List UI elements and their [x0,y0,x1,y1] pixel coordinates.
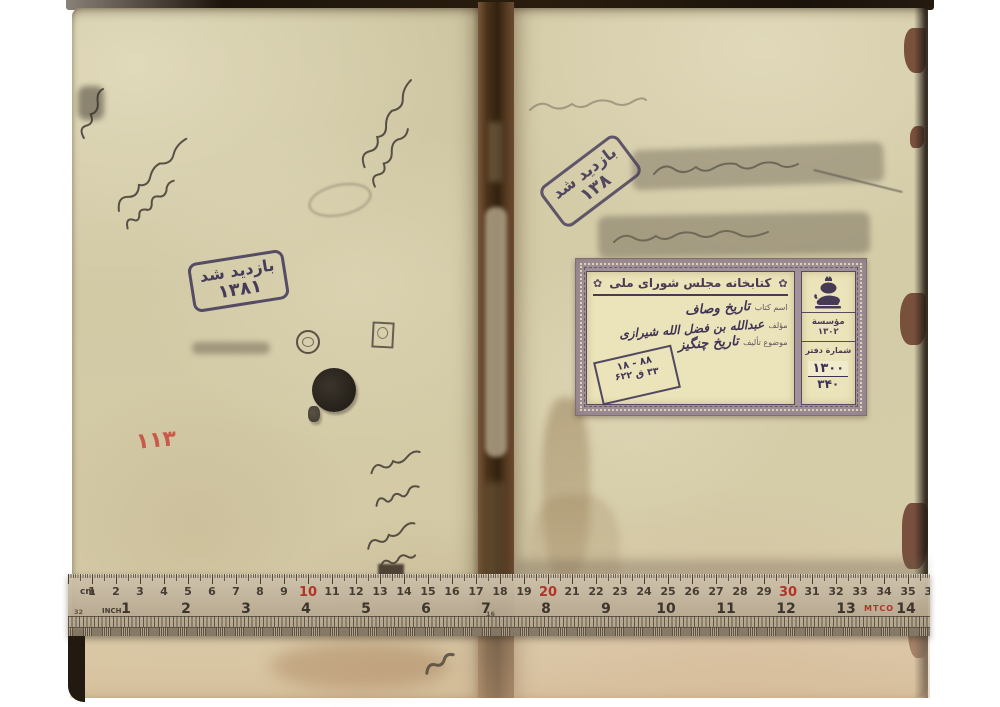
label-title-row: ✿ کتابخانه مجلس شورای ملی ✿ [593,275,788,296]
ruler-inch-number: 1 [121,601,131,617]
handwritten-annotation [612,228,772,252]
ruler-cm-number: 17 [468,585,483,598]
ruler-cm-number: 8 [256,585,264,598]
label-founded: مؤسسة ۱۳۰۲ [802,312,855,342]
ruler-cm-number: 16 [444,585,459,598]
ruler-inch-number: 4 [301,601,311,617]
ruler-cm-number: 12 [348,585,363,598]
label-side-column: مؤسسة ۱۳۰۲ شمارة دفتر ۱۳۰۰ ۳۴۰ [801,271,856,405]
rosette-ornament-icon: ✿ [778,277,787,290]
ruler-inch-number: 13 [836,601,855,617]
seal-doodle [296,330,320,354]
ruler-cm-number: 4 [160,585,168,598]
accession-stamp-box: ۸۸ - ۱۸ ۳۳ ق ۶۲۲ [593,345,681,406]
ruler-cm-number: 13 [372,585,387,598]
ruler-cm-number: 31 [804,585,819,598]
ruler-inch-number: 5 [361,601,371,617]
field-value-handwritten: تاریخ وصاف [685,299,751,319]
ruler-cm-number: 33 [852,585,867,598]
ruler: cm INCH 32 16 MTCO 123456789101112131415… [68,574,930,636]
library-catalog-label: ✿ کتابخانه مجلس شورای ملی ✿ اسم کتاب تار… [575,258,867,416]
manuscript-scan: بازدید شد ۱۳۸۱ ۱۱۳ بازدید شد ۱۳۸ [0,0,1000,707]
ruler-thirtysecond-ticks [68,627,930,636]
ruler-inch-number: 2 [181,601,191,617]
ruler-cm-number: 1 [88,585,96,598]
ruler-inch-number: 12 [776,601,795,617]
ruler-inch-number: 6 [421,601,431,617]
ruler-cm-number: 26 [684,585,699,598]
ruler-cm-number: 29 [756,585,771,598]
ruler-cm-number: 11 [324,585,339,598]
ruler-cm-number: 3 [136,585,144,598]
field-label: موضوع تألیف [743,338,787,347]
ruler-cm-number: 7 [232,585,240,598]
ruler-cm-number: 10 [299,585,317,600]
ruler-cm-number: 36 [924,585,930,598]
ruler-inch-number: 9 [601,601,611,617]
ruler-cm-number: 24 [636,585,651,598]
ruler-inch-number: 11 [716,601,735,617]
field-value-handwritten: تاریخ چنگیز [678,334,740,353]
ruler-cm-number: 30 [779,585,797,600]
ruler-brand: MTCO [864,604,894,613]
ruler-sixteenth-ticks [68,616,930,627]
handwritten-annotation [652,158,802,182]
ruler-cm-number: 23 [612,585,627,598]
field-label: مؤلف [768,321,787,330]
ruler-cm-number: 20 [539,585,557,600]
ruler-cm-number: 9 [280,585,288,598]
ruler-cm-number: 27 [708,585,723,598]
handwritten-annotation [528,96,648,118]
cover-corner [68,630,85,702]
spine-worn-patch [488,122,502,182]
label-field-book-name: اسم کتاب تاریخ وصاف [593,299,788,314]
ruler-cm-number: 32 [828,585,843,598]
ruler-cm-number: 21 [564,585,579,598]
register-number-label: شمارة دفتر [802,342,855,357]
ruler-cm-number: 34 [876,585,891,598]
ruler-cm-number: 14 [396,585,411,598]
spine-worn-patch [485,207,507,457]
lion-and-sun-emblem-icon [811,275,845,311]
inspection-stamp-left: بازدید شد ۱۳۸۱ [187,249,291,314]
red-page-number: ۱۱۳ [135,426,177,454]
rosette-ornament-icon: ✿ [593,277,602,290]
ruler-cm-number: 6 [208,585,216,598]
field-label: اسم کتاب [755,303,788,312]
ruler-cm-ticks [68,574,930,584]
ink-blot-tail [308,406,320,422]
ink-blot-seal [312,368,356,412]
faded-oval-seal [305,178,374,223]
ruler-cm-number: 22 [588,585,603,598]
handwritten-annotation [370,476,429,512]
ruler-inch-number: 3 [241,601,251,617]
ruler-cm-number: 28 [732,585,747,598]
register-number-top: ۱۳۰۰ [808,361,848,377]
square-doodle [371,321,394,348]
label-field-author: مؤلف عبدالله بن فضل الله شیرازی [593,317,788,331]
ruler-cm-number: 19 [516,585,531,598]
ruler-cm-number: 2 [112,585,120,598]
ink-smear [192,342,270,354]
ruler-cm-number: 35 [900,585,915,598]
library-title: کتابخانه مجلس شورای ملی [609,276,771,290]
ruler-inch-number: 14 [896,601,915,617]
ruler-inch-number: 8 [541,601,551,617]
page-bottom-band [70,636,930,698]
ruler-cm-number: 5 [184,585,192,598]
register-number-bottom: ۳۴۰ [802,377,855,391]
ruler-cm-number: 18 [492,585,507,598]
ruler-inch-number: 10 [656,601,675,617]
ruler-small-mark: 32 [74,608,83,616]
label-main-card: ✿ کتابخانه مجلس شورای ملی ✿ اسم کتاب تار… [586,271,795,405]
ruler-inch-number: 7 [481,601,491,617]
ruler-cm-number: 15 [420,585,435,598]
ruler-cm-number: 25 [660,585,675,598]
ruler-inch-unit-label: INCH [102,607,121,615]
